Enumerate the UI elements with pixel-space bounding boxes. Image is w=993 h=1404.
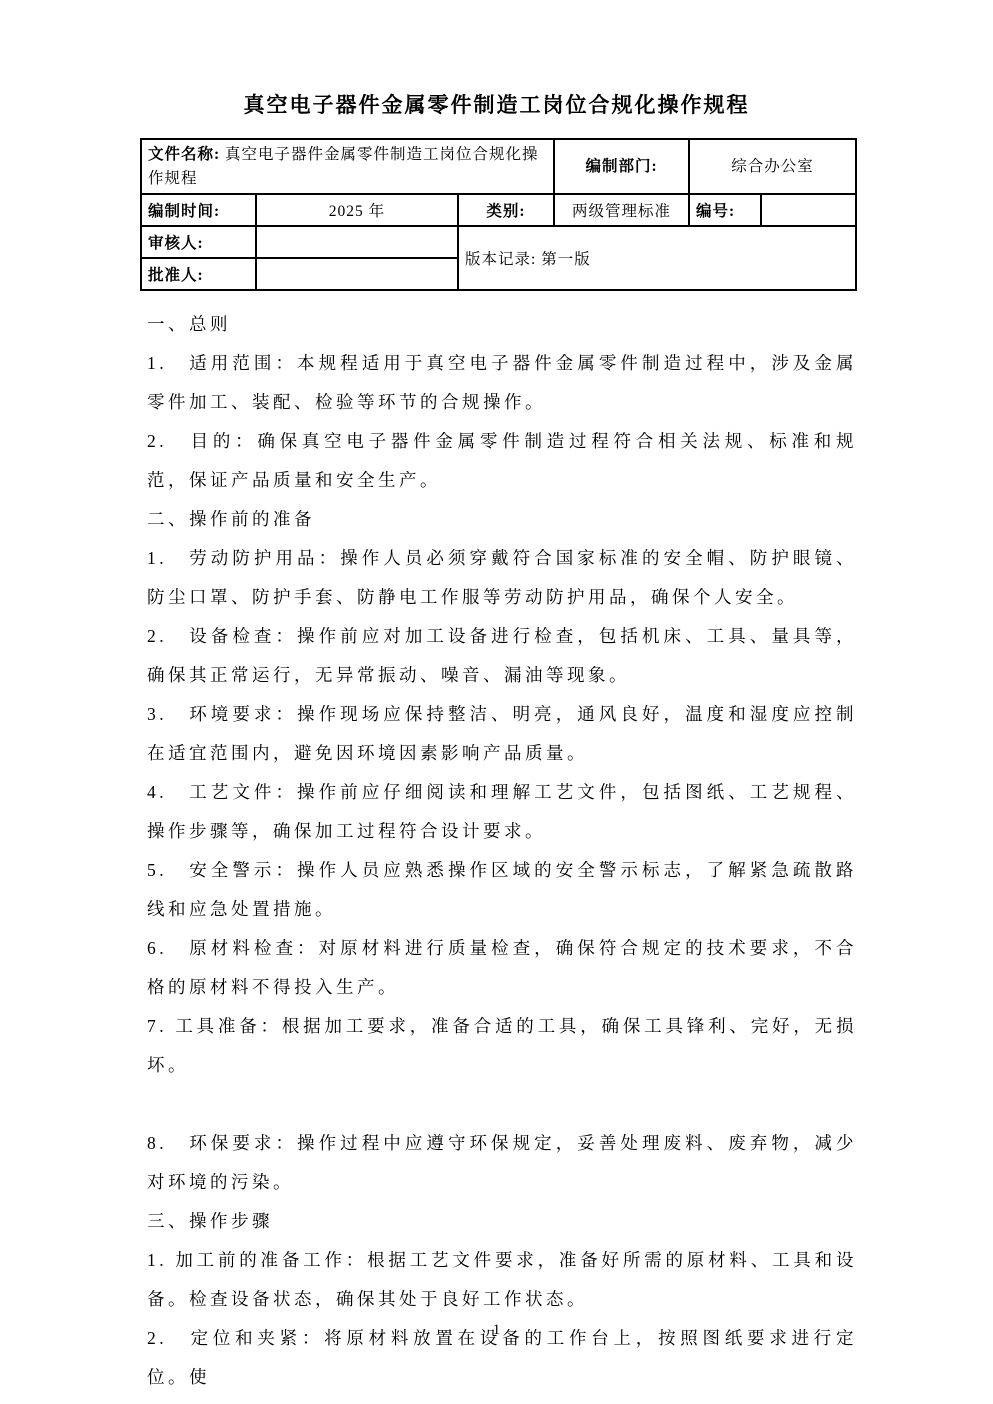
approver-label: 批准人:	[148, 267, 204, 284]
file-name-cell: 文件名称: 真空电子器件金属零件制造工岗位合规化操作规程	[141, 139, 554, 194]
version-value: 第一版	[541, 251, 591, 268]
section-heading: 三、操作步骤	[147, 1202, 857, 1241]
version-label: 版本记录:	[465, 251, 536, 268]
doc-number-label: 编号:	[696, 203, 735, 220]
table-row: 文件名称: 真空电子器件金属零件制造工岗位合规化操作规程 编制部门: 综合办公室	[141, 139, 856, 194]
body-paragraph: 3. 环境要求：操作现场应保持整洁、明亮，通风良好，温度和湿度应控制在适宜范围内…	[147, 695, 857, 773]
document-page: 真空电子器件金属零件制造工岗位合规化操作规程 文件名称: 真空电子器件金属零件制…	[0, 0, 993, 1404]
reviewer-label-cell: 审核人:	[141, 226, 256, 258]
section-heading: 一、总则	[147, 305, 857, 344]
approver-value-cell	[256, 258, 458, 290]
approver-label-cell: 批准人:	[141, 258, 256, 290]
category-value: 两级管理标准	[572, 203, 671, 220]
body-paragraph: 2. 目的：确保真空电子器件金属零件制造过程符合相关法规、标准和规范，保证产品质…	[147, 422, 857, 500]
reviewer-value-cell	[256, 226, 458, 258]
document-title: 真空电子器件金属零件制造工岗位合规化操作规程	[0, 0, 993, 120]
empty-line	[147, 1085, 857, 1124]
reviewer-label: 审核人:	[148, 235, 204, 252]
compile-time-label-cell: 编制时间:	[141, 194, 256, 226]
table-row: 审核人: 版本记录: 第一版	[141, 226, 856, 258]
department-value-cell: 综合办公室	[689, 139, 856, 194]
metadata-table: 文件名称: 真空电子器件金属零件制造工岗位合规化操作规程 编制部门: 综合办公室…	[140, 138, 857, 291]
compile-time-label: 编制时间:	[148, 203, 220, 220]
body-paragraph: 1. 劳动防护用品：操作人员必须穿戴符合国家标准的安全帽、防护眼镜、防尘口罩、防…	[147, 539, 857, 617]
body-paragraph: 6. 原材料检查：对原材料进行质量检查，确保符合规定的技术要求，不合格的原材料不…	[147, 929, 857, 1007]
document-body: 一、总则 1. 适用范围：本规程适用于真空电子器件金属零件制造过程中，涉及金属零…	[147, 305, 857, 1397]
body-paragraph: 2. 设备检查：操作前应对加工设备进行检查，包括机床、工具、量具等，确保其正常运…	[147, 617, 857, 695]
body-paragraph: 7. 工具准备：根据加工要求，准备合适的工具，确保工具锋利、完好，无损坏。	[147, 1007, 857, 1085]
file-name-label: 文件名称:	[148, 146, 220, 163]
section-heading: 二、操作前的准备	[147, 500, 857, 539]
department-label-cell: 编制部门:	[554, 139, 689, 194]
department-label: 编制部门:	[585, 158, 657, 175]
body-paragraph: 5. 安全警示：操作人员应熟悉操作区域的安全警示标志，了解紧急疏散路线和应急处置…	[147, 851, 857, 929]
doc-number-label-cell: 编号:	[689, 194, 761, 226]
department-value: 综合办公室	[731, 158, 814, 175]
category-label: 类别:	[486, 203, 525, 220]
category-value-cell: 两级管理标准	[554, 194, 689, 226]
body-paragraph: 8. 环保要求：操作过程中应遵守环保规定，妥善处理废料、废弃物，减少对环境的污染…	[147, 1124, 857, 1202]
category-label-cell: 类别:	[458, 194, 554, 226]
compile-time-value: 2025 年	[329, 203, 385, 220]
compile-time-value-cell: 2025 年	[256, 194, 458, 226]
page-number: 1	[0, 1322, 993, 1339]
version-cell: 版本记录: 第一版	[458, 226, 856, 290]
body-paragraph: 1. 适用范围：本规程适用于真空电子器件金属零件制造过程中，涉及金属零件加工、装…	[147, 344, 857, 422]
body-paragraph: 4. 工艺文件：操作前应仔细阅读和理解工艺文件，包括图纸、工艺规程、操作步骤等，…	[147, 773, 857, 851]
table-row: 编制时间: 2025 年 类别: 两级管理标准 编号:	[141, 194, 856, 226]
body-paragraph: 1. 加工前的准备工作：根据工艺文件要求，准备好所需的原材料、工具和设备。检查设…	[147, 1241, 857, 1319]
doc-number-value-cell	[761, 194, 856, 226]
